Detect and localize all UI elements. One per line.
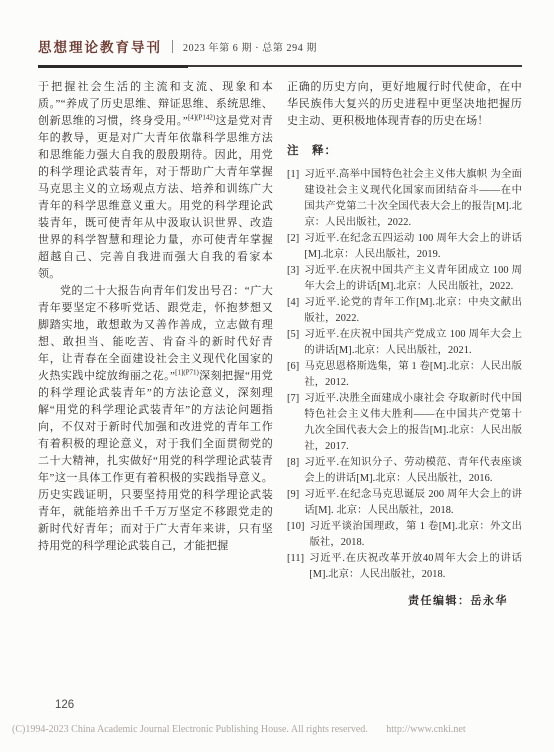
reference-number: [4]: [287, 295, 299, 311]
reference-item: [3]习近平.在庆祝中国共产主义青年团成立 100 周年大会上的讲话[M].北京…: [287, 263, 522, 295]
reference-number: [5]: [287, 327, 299, 343]
right-column: 正确的历史方向，更好地履行时代使命，在中华民族伟大复兴的历史进程中更坚决地把握历…: [287, 79, 522, 610]
notes-heading: 注 释：: [287, 143, 522, 160]
text-segment: 深刻把握“用党的科学理论武装青年”的方法论意义，深刻理解“用党的科学理论武装青年…: [38, 370, 273, 552]
header-divider: [172, 40, 173, 53]
article-body: 于把握社会生活的主流和支流、现象和本质。”“养成了历史思维、辩证思维、系统思维、…: [38, 79, 522, 610]
reference-number: [7]: [287, 391, 299, 407]
reference-item: [8]习近平.在知识分子、劳动模范、青年代表座谈会上的讲话[M].北京：人民出版…: [287, 455, 522, 487]
references-list: [1]习近平.高举中国特色社会主义伟大旗帜 为全面建设社会主义现代化国家而团结奋…: [287, 167, 522, 583]
reference-text: 习近平.在庆祝中国共产党成立 100 周年大会上的讲话[M].北京：人民出版社，…: [304, 327, 522, 359]
reference-text: 习近平.在庆祝改革开放40周年大会上的讲话[M].北京：人民出版社，2018.: [309, 551, 522, 583]
reference-number: [2]: [287, 231, 299, 247]
journal-title: 思想理论教育导刊: [38, 36, 162, 56]
header-rule-accent: [38, 65, 188, 68]
responsible-editor: 责任编辑：岳永华: [287, 593, 522, 610]
reference-text: 习近平.在知识分子、劳动模范、青年代表座谈会上的讲话[M].北京：人民出版社，2…: [304, 455, 522, 487]
page-header: 思想理论教育导刊 2023 年第 6 期 · 总第 294 期: [38, 36, 522, 67]
reference-item: [11]习近平.在庆祝改革开放40周年大会上的讲话[M].北京：人民出版社，20…: [287, 551, 522, 583]
text-segment: 党的二十大报告向青年们发出号召：“广大青年要坚定不移听党话、跟党走，怀抱梦想又脚…: [38, 285, 273, 382]
reference-item: [4]习近平.论党的青年工作[M].北京：中央文献出版社，2022.: [287, 295, 522, 327]
page-number: 126: [55, 699, 74, 711]
citation-superscript: [4](P142): [188, 113, 215, 121]
reference-item: [9]习近平.在纪念马克思诞辰 200 周年大会上的讲话[M]. 北京：人民出版…: [287, 487, 522, 519]
closing-paragraph: 正确的历史方向，更好地履行时代使命，在中华民族伟大复兴的历史进程中更坚决地把握历…: [287, 79, 522, 130]
body-paragraph: 党的二十大报告向青年们发出号召：“广大青年要坚定不移听党话、跟党走，怀抱梦想又脚…: [38, 283, 273, 555]
reference-item: [2]习近平.在纪念五四运动 100 周年大会上的讲话[M].北京：人民出版社，…: [287, 231, 522, 263]
reference-number: [8]: [287, 455, 299, 471]
reference-text: 马克思恩格斯选集，第 1 卷[M].北京：人民出版社，2012.: [304, 359, 522, 391]
reference-text: 习近平.在纪念五四运动 100 周年大会上的讲话[M].北京：人民出版社，201…: [304, 231, 522, 263]
copyright-text: (C)1994-2023 China Academic Journal Elec…: [12, 724, 368, 735]
issue-info: 2023 年第 6 期 · 总第 294 期: [183, 39, 317, 54]
citation-superscript: [1](P71): [175, 368, 199, 376]
cnki-url: http://www.cnki.net: [386, 724, 465, 735]
reference-text: 习近平.论党的青年工作[M].北京：中央文献出版社，2022.: [304, 295, 522, 327]
reference-text: 习近平.在纪念马克思诞辰 200 周年大会上的讲话[M]. 北京：人民出版社，2…: [304, 487, 522, 519]
reference-item: [10]习近平谈治国理政，第 1 卷[M].北京：外文出版社，2018.: [287, 519, 522, 551]
reference-item: [6]马克思恩格斯选集，第 1 卷[M].北京：人民出版社，2012.: [287, 359, 522, 391]
reference-item: [1]习近平.高举中国特色社会主义伟大旗帜 为全面建设社会主义现代化国家而团结奋…: [287, 167, 522, 231]
body-paragraph: 于把握社会生活的主流和支流、现象和本质。”“养成了历史思维、辩证思维、系统思维、…: [38, 79, 273, 283]
journal-page: { "colors": { "journal_title_accent": "#…: [0, 0, 554, 752]
left-column: 于把握社会生活的主流和支流、现象和本质。”“养成了历史思维、辩证思维、系统思维、…: [38, 79, 273, 610]
reference-item: [7]习近平.决胜全面建成小康社会 夺取新时代中国特色社会主义伟大胜利——在中国…: [287, 391, 522, 455]
reference-item: [5]习近平.在庆祝中国共产党成立 100 周年大会上的讲话[M].北京：人民出…: [287, 327, 522, 359]
reference-number: [3]: [287, 263, 299, 279]
reference-text: 习近平.决胜全面建成小康社会 夺取新时代中国特色社会主义伟大胜利——在中国共产党…: [304, 391, 522, 455]
reference-text: 习近平.在庆祝中国共产主义青年团成立 100 周年大会上的讲话[M].北京：人民…: [304, 263, 522, 295]
reference-number: [9]: [287, 487, 299, 503]
reference-text: 习近平谈治国理政，第 1 卷[M].北京：外文出版社，2018.: [310, 519, 522, 551]
copyright-line: (C)1994-2023 China Academic Journal Elec…: [12, 724, 552, 735]
reference-number: [10]: [287, 519, 305, 535]
text-segment: 这是党对青年的教导，更是对广大青年依靠科学思维方法和思维能力强大自我的殷殷期待。…: [38, 115, 273, 280]
reference-number: [1]: [287, 167, 299, 183]
reference-text: 习近平.高举中国特色社会主义伟大旗帜 为全面建设社会主义现代化国家而团结奋斗——…: [304, 167, 522, 231]
reference-number: [11]: [287, 551, 304, 567]
reference-number: [6]: [287, 359, 299, 375]
